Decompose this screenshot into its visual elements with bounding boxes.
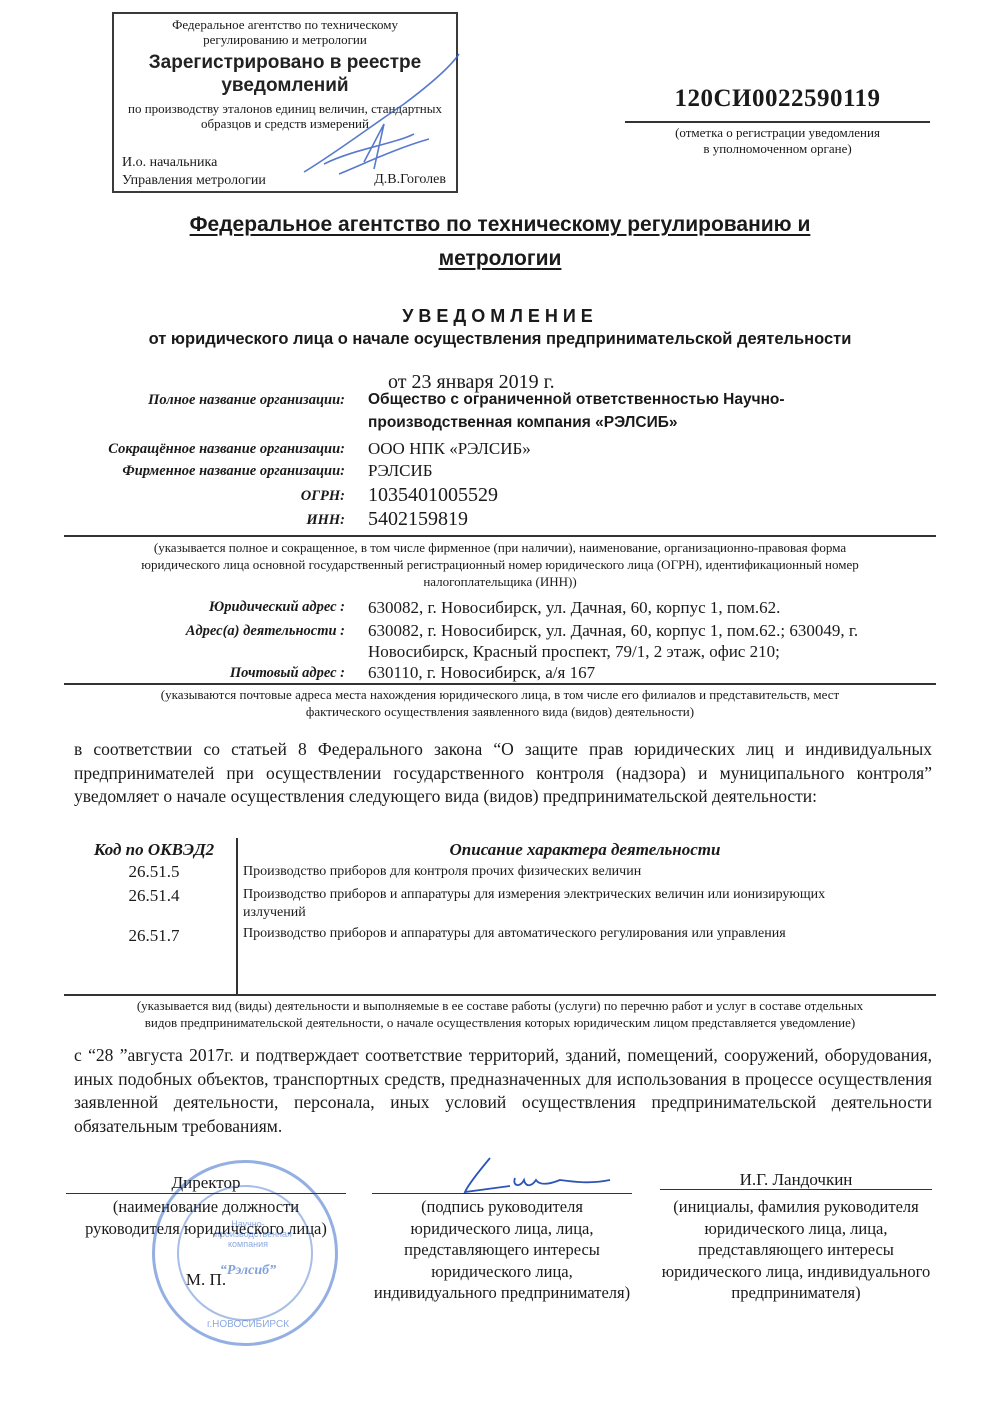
postal-address-value: 630110, г. Новосибирск, а/я 167 (368, 663, 595, 683)
okved-divider (64, 994, 936, 996)
activity-address-label: Адрес(а) деятельности : (186, 623, 345, 640)
registration-number-line (625, 121, 930, 123)
name-line (660, 1189, 932, 1190)
stamp-position: И.о. начальника Управления метрологии (122, 154, 266, 190)
brand-name-label: Фирменное название организации: (122, 463, 345, 480)
address-note-line1: (указываются почтовые адреса места нахож… (64, 686, 936, 703)
stamp-position-line1: И.о. начальника (122, 154, 266, 172)
registration-note-line2: в уполномоченном органе) (625, 141, 930, 157)
agency-title: Федеральное агентство по техническому ре… (80, 208, 920, 276)
okved-code: 26.51.5 (74, 862, 234, 882)
address-divider (64, 683, 936, 685)
okved-desc: Производство приборов и аппаратуры для а… (243, 925, 933, 943)
activity-address-line2: Новосибирск, Красный проспект, 79/1, 2 э… (368, 642, 780, 662)
stamp-agency-line1: Федеральное агентство по техническому (114, 17, 456, 32)
address-note-line2: фактического осуществления заявленного в… (64, 703, 936, 720)
org-note-line3: налогоплательщика (ИНН)) (64, 573, 936, 590)
okved-desc: Производство приборов и аппаратуры для и… (243, 886, 843, 922)
org-divider (64, 535, 936, 537)
registration-stamp-box: Федеральное агентство по техническому ре… (112, 12, 458, 193)
notice-subtitle: от юридического лица о начале осуществле… (60, 330, 940, 349)
short-name-label: Сокращённое название организации: (108, 441, 345, 458)
registration-number-note: (отметка о регистрации уведомления в упо… (625, 125, 930, 157)
okved-note: (указывается вид (виды) деятельности и в… (64, 997, 936, 1031)
inn-value: 5402159819 (368, 508, 468, 531)
okved-code: 26.51.7 (74, 926, 234, 946)
brand-name-value: РЭЛСИБ (368, 461, 433, 481)
okved-code-header: Код по ОКВЭД2 (74, 840, 234, 860)
okved-note-line2: видов предпринимательской деятельности, … (64, 1014, 936, 1031)
agency-title-line1: Федеральное агентство по техническому ре… (190, 213, 811, 236)
notice-title: УВЕДОМЛЕНИЕ (80, 306, 920, 327)
law-paragraph: в соответствии со статьей 8 Федерального… (74, 738, 932, 809)
legal-address-label: Юридический адрес : (209, 599, 345, 616)
name-caption: (инициалы, фамилия руководителя юридичес… (660, 1196, 932, 1304)
position-line (66, 1193, 346, 1194)
registrar-signature-icon (264, 44, 464, 184)
ogrn-label: ОГРН: (301, 488, 345, 505)
postal-address-label: Почтовый адрес : (230, 665, 345, 682)
short-name-value: ООО НПК «РЭЛСИБ» (368, 439, 531, 459)
registration-note-line1: (отметка о регистрации уведомления (625, 125, 930, 141)
signature-caption: (подпись руководителя юридического лица,… (372, 1196, 632, 1304)
org-note: (указывается полное и сокращенное, в том… (64, 539, 936, 590)
signature-line (372, 1193, 632, 1194)
okved-code: 26.51.4 (74, 886, 234, 906)
okved-note-line1: (указывается вид (виды) деятельности и в… (64, 997, 936, 1014)
org-note-line2: юридического лица основной государственн… (64, 556, 936, 573)
full-name-line1: Общество с ограниченной ответственностью… (368, 391, 785, 409)
company-seal-city: г.НОВОСИБИРСК (185, 1319, 311, 1330)
registration-number: 120СИ0022590119 (625, 85, 930, 113)
inn-label: ИНН: (306, 512, 345, 529)
position-caption: (наименование должности руководителя юри… (66, 1196, 346, 1239)
org-note-line1: (указывается полное и сокращенное, в том… (64, 539, 936, 556)
address-note: (указываются почтовые адреса места нахож… (64, 686, 936, 720)
compliance-paragraph: с “28 ”августа 2017г. и подтверждает соо… (74, 1044, 932, 1138)
seal-mark: М. П. (66, 1270, 346, 1290)
legal-address-value: 630082, г. Новосибирск, ул. Дачная, 60, … (368, 598, 780, 618)
position-value: Директор (66, 1173, 346, 1193)
activity-address-line1: 630082, г. Новосибирск, ул. Дачная, 60, … (368, 621, 858, 641)
agency-title-line2: метрологии (439, 247, 562, 270)
okved-column-divider (236, 838, 238, 996)
ogrn-value: 1035401005529 (368, 484, 498, 507)
name-value: И.Г. Ландочкин (660, 1170, 932, 1190)
stamp-agency: Федеральное агентство по техническому ре… (114, 17, 456, 47)
full-name-line2: производственная компания «РЭЛСИБ» (368, 414, 677, 432)
okved-desc: Производство приборов для контроля прочи… (243, 863, 933, 881)
full-name-label: Полное название организации: (148, 392, 345, 409)
okved-desc-header: Описание характера деятельности (240, 840, 930, 860)
seal-line3: компания (215, 1239, 281, 1249)
stamp-position-line2: Управления метрологии (122, 172, 266, 190)
